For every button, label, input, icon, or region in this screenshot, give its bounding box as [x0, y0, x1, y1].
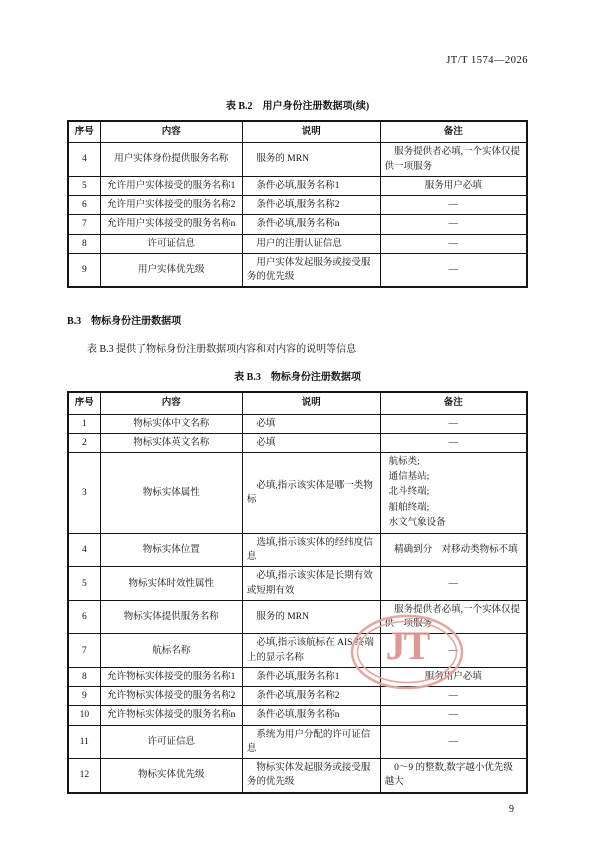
table-cell: 必填 — [242, 414, 380, 433]
table-row: 1物标实体中文名称必填— — [68, 414, 527, 433]
table-cell: — — [380, 234, 527, 253]
table-b2: 序号内容说明备注4用户实体身份提供服务名称服务的 MRN服务提供者必填,一个实体… — [67, 120, 528, 288]
table-cell: 8 — [68, 234, 100, 253]
table-row: 6允许用户实体接受的服务名称2条件必填,服务名称2— — [68, 196, 527, 215]
table-cell: — — [380, 196, 527, 215]
table-cell: 9 — [68, 687, 100, 706]
table-cell: 必填,指示该航标在 AIS 终端上的显示名称 — [242, 634, 380, 668]
table-cell: 物标实体英文名称 — [100, 433, 242, 452]
column-header: 内容 — [100, 121, 242, 143]
table-b3: 序号内容说明备注1物标实体中文名称必填—2物标实体英文名称必填—3物标实体属性必… — [67, 391, 528, 793]
table-row: 10允许物标实体接受的服务名称n条件必填,服务名称n— — [68, 706, 527, 725]
table-b3-caption: 表 B.3 物标身份注册数据项 — [67, 368, 528, 383]
table-cell: 0～9 的整数,数字越小优先级越大 — [380, 759, 527, 793]
table-cell: 允许用户实体接受的服务名称1 — [100, 176, 242, 195]
table-cell: 用户实体发起服务或接受服务的优先级 — [242, 253, 380, 287]
table-row: 8许可证信息用户的注册认证信息— — [68, 234, 527, 253]
table-cell: 物标实体中文名称 — [100, 414, 242, 433]
table-cell: 2 — [68, 433, 100, 452]
header-row: 序号内容说明备注 — [68, 121, 527, 143]
table-cell: 允许物标实体接受的服务名称n — [100, 706, 242, 725]
table-cell: 1 — [68, 414, 100, 433]
table-row: 7航标名称必填,指示该航标在 AIS 终端上的显示名称— — [68, 634, 527, 668]
column-header: 备注 — [380, 121, 527, 143]
table-cell: 必填,指示该实体是哪一类物标 — [242, 453, 380, 534]
table-cell: 允许用户实体接受的服务名称n — [100, 215, 242, 234]
table-cell: — — [380, 567, 527, 601]
table-cell: 4 — [68, 533, 100, 567]
table-cell: 条件必填,服务名称1 — [242, 176, 380, 195]
table-cell: — — [380, 634, 527, 668]
table-cell: 服务的 MRN — [242, 143, 380, 177]
table-cell: — — [380, 687, 527, 706]
table-cell: 用户的注册认证信息 — [242, 234, 380, 253]
table-cell: 物标实体时效性属性 — [100, 567, 242, 601]
table-cell: 5 — [68, 567, 100, 601]
table-cell: 许可证信息 — [100, 725, 242, 759]
table-row: 7允许用户实体接受的服务名称n条件必填,服务名称n— — [68, 215, 527, 234]
header-row: 序号内容说明备注 — [68, 392, 527, 414]
table-row: 6物标实体提供服务名称服务的 MRN服务提供者必填,一个实体仅提供一项服务 — [68, 600, 527, 634]
table-cell: 服务用户必填 — [380, 667, 527, 686]
page-number: 9 — [67, 804, 528, 815]
table-cell: 服务提供者必填,一个实体仅提供一项服务 — [380, 600, 527, 634]
table-cell: — — [380, 725, 527, 759]
table-cell: 物标实体属性 — [100, 453, 242, 534]
table-cell: 用户实体优先级 — [100, 253, 242, 287]
table-cell: 必填 — [242, 433, 380, 452]
column-header: 备注 — [380, 392, 527, 414]
table-cell: 10 — [68, 706, 100, 725]
table-cell: 系统为用户分配的许可证信息 — [242, 725, 380, 759]
table-cell: 允许物标实体接受的服务名称1 — [100, 667, 242, 686]
table-cell: 航标类;通信基站;北斗终端;船舶终端;水文气象设备 — [380, 453, 527, 534]
table-cell: 9 — [68, 253, 100, 287]
document-number-header: JT/T 1574—2026 — [67, 55, 528, 66]
table-cell: 7 — [68, 215, 100, 234]
table-row: 4用户实体身份提供服务名称服务的 MRN服务提供者必填,一个实体仅提供一项服务 — [68, 143, 527, 177]
table-cell: 3 — [68, 453, 100, 534]
table-cell: 物标实体优先级 — [100, 759, 242, 793]
table-cell: 4 — [68, 143, 100, 177]
table-cell: 航标名称 — [100, 634, 242, 668]
table-cell: 条件必填,服务名称1 — [242, 667, 380, 686]
table-cell: 服务用户必填 — [380, 176, 527, 195]
column-header: 说明 — [242, 121, 380, 143]
table-cell: 用户实体身份提供服务名称 — [100, 143, 242, 177]
table-cell: 物标实体位置 — [100, 533, 242, 567]
table-cell: 8 — [68, 667, 100, 686]
table-row: 4物标实体位置选填,指示该实体的经纬度信息精确到分 对移动类物标不填 — [68, 533, 527, 567]
table-row: 12物标实体优先级物标实体发起服务或接受服务的优先级0～9 的整数,数字越小优先… — [68, 759, 527, 793]
table-row: 8允许物标实体接受的服务名称1条件必填,服务名称1服务用户必填 — [68, 667, 527, 686]
section-b3-paragraph: 表 B.3 提供了物标身份注册数据项内容和对内容的说明等信息 — [67, 340, 528, 355]
document-page: JT/T 1574—2026 表 B.2 用户身份注册数据项(续) 序号内容说明… — [0, 0, 596, 842]
table-cell: 物标实体发起服务或接受服务的优先级 — [242, 759, 380, 793]
table-cell: 许可证信息 — [100, 234, 242, 253]
table-row: 5物标实体时效性属性必填,指示该实体是长期有效或短期有效— — [68, 567, 527, 601]
table-row: 9允许物标实体接受的服务名称2条件必填,服务名称2— — [68, 687, 527, 706]
table-cell: 6 — [68, 600, 100, 634]
table-cell: 条件必填,服务名称n — [242, 215, 380, 234]
table-row: 3物标实体属性必填,指示该实体是哪一类物标航标类;通信基站;北斗终端;船舶终端;… — [68, 453, 527, 534]
column-header: 说明 — [242, 392, 380, 414]
table-cell: 5 — [68, 176, 100, 195]
section-b3-heading: B.3 物标身份注册数据项 — [67, 312, 528, 327]
column-header: 内容 — [100, 392, 242, 414]
table-cell: 精确到分 对移动类物标不填 — [380, 533, 527, 567]
column-header: 序号 — [68, 392, 100, 414]
table-row: 11许可证信息系统为用户分配的许可证信息— — [68, 725, 527, 759]
table-cell: 选填,指示该实体的经纬度信息 — [242, 533, 380, 567]
table-cell: 物标实体提供服务名称 — [100, 600, 242, 634]
table-row: 5允许用户实体接受的服务名称1条件必填,服务名称1服务用户必填 — [68, 176, 527, 195]
table-cell: 服务提供者必填,一个实体仅提供一项服务 — [380, 143, 527, 177]
table-cell: 允许物标实体接受的服务名称2 — [100, 687, 242, 706]
table-cell: 服务的 MRN — [242, 600, 380, 634]
table-b2-caption: 表 B.2 用户身份注册数据项(续) — [67, 97, 528, 112]
table-cell: 7 — [68, 634, 100, 668]
table-cell: 6 — [68, 196, 100, 215]
table-cell: 必填,指示该实体是长期有效或短期有效 — [242, 567, 380, 601]
table-cell: — — [380, 433, 527, 452]
table-cell: 允许用户实体接受的服务名称2 — [100, 196, 242, 215]
table-cell: — — [380, 706, 527, 725]
table-cell: 条件必填,服务名称n — [242, 706, 380, 725]
table-cell: — — [380, 253, 527, 287]
table-row: 9用户实体优先级用户实体发起服务或接受服务的优先级— — [68, 253, 527, 287]
table-cell: 11 — [68, 725, 100, 759]
table-cell: 条件必填,服务名称2 — [242, 687, 380, 706]
table-cell: 12 — [68, 759, 100, 793]
page-content: JT/T 1574—2026 表 B.2 用户身份注册数据项(续) 序号内容说明… — [0, 0, 596, 815]
table-cell: 条件必填,服务名称2 — [242, 196, 380, 215]
table-cell: — — [380, 414, 527, 433]
table-cell: — — [380, 215, 527, 234]
column-header: 序号 — [68, 121, 100, 143]
table-row: 2物标实体英文名称必填— — [68, 433, 527, 452]
